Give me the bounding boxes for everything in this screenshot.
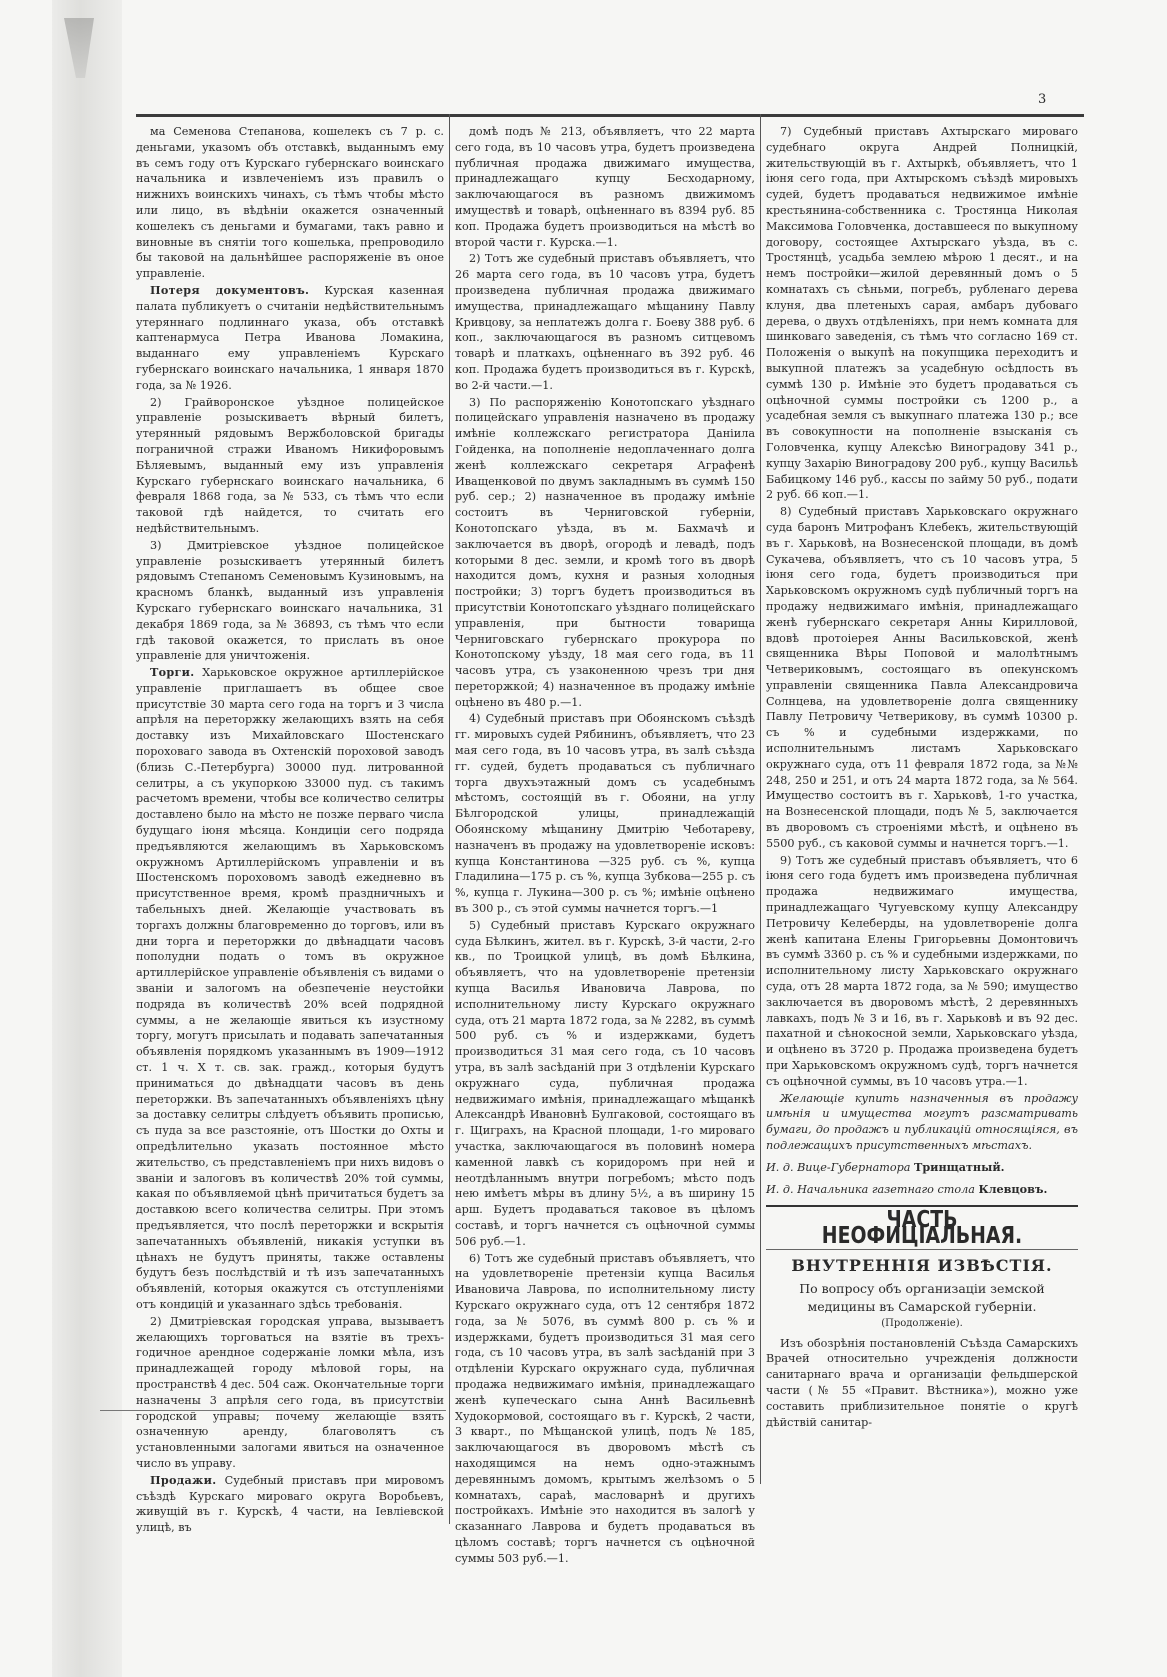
signature-title: И. д. Вице-Губернатора: [766, 1161, 910, 1174]
notice-heading: Продажи.: [150, 1473, 216, 1487]
notice-text: 2) Дмитріевская городская управа, вызыва…: [136, 1315, 444, 1470]
notice-text: 8) Судебный приставъ Харьковскаго окружн…: [766, 505, 1078, 850]
notice-paragraph: 8) Судебный приставъ Харьковскаго окружн…: [766, 504, 1078, 852]
column-divider: [449, 114, 450, 1524]
signature-desk-head: И. д. Начальника газетнаго стола Клевцов…: [766, 1182, 1078, 1198]
page-binding-shadow: [52, 0, 122, 1677]
notice-paragraph: Продажи. Судебный приставъ при мировомъ …: [136, 1473, 444, 1536]
notice-paragraph: 4) Судебный приставъ при Обоянскомъ съѣз…: [455, 711, 755, 916]
notice-paragraph: 7) Судебный приставъ Ахтырскаго мироваго…: [766, 124, 1078, 503]
purchase-notice: Желающіе купить назначенныя въ продажу и…: [766, 1091, 1078, 1154]
article-body: Изъ обозрѣнія постановленій Съѣзда Самар…: [766, 1336, 1078, 1431]
article-title: По вопросу объ организаціи земской медиц…: [766, 1280, 1078, 1316]
signature-vice-governor: И. д. Вице-Губернатора Тринщатный.: [766, 1160, 1078, 1176]
notice-paragraph: Торги. Харьковское окружное артиллерійск…: [136, 665, 444, 1313]
notice-text: 3) По распоряженію Конотопскаго уѣзднаго…: [455, 396, 755, 709]
signature-title: И. д. Начальника газетнаго стола: [766, 1183, 975, 1196]
notice-paragraph: 6) Тотъ же судебный приставъ объявляетъ,…: [455, 1251, 755, 1567]
notice-text: Курская казенная палата публикуетъ о счи…: [136, 284, 444, 392]
column-divider: [760, 114, 761, 1484]
notice-paragraph: 2) Грайворонское уѣздное полицейское упр…: [136, 395, 444, 537]
notice-text: Харьковское окружное артиллерійское упра…: [136, 666, 444, 1311]
notice-text: 2) Тотъ же судебный приставъ объявляетъ,…: [455, 252, 755, 391]
page-number: 3: [1038, 92, 1046, 107]
notice-paragraph: 3) По распоряженію Конотопскаго уѣзднаго…: [455, 395, 755, 711]
notice-paragraph: 5) Судебный приставъ Курскаго окружнаго …: [455, 918, 755, 1250]
column-3: 7) Судебный приставъ Ахтырскаго мироваго…: [766, 124, 1078, 1431]
notice-paragraph: Потеря документовъ. Курская казенная пал…: [136, 283, 444, 394]
column-1: ма Семенова Степанова, кошелекъ съ 7 р. …: [136, 124, 444, 1537]
notice-text: 9) Тотъ же судебный приставъ объявляетъ,…: [766, 854, 1078, 1088]
notice-text: 4) Судебный приставъ при Обоянскомъ съѣз…: [455, 712, 755, 915]
notice-paragraph: 2) Тотъ же судебный приставъ объявляетъ,…: [455, 251, 755, 393]
notice-paragraph: 2) Дмитріевская городская управа, вызыва…: [136, 1314, 444, 1472]
column-2: домѣ подъ № 213, объявляетъ, что 22 март…: [455, 124, 755, 1568]
notice-text: 3) Дмитріевское уѣздное полицейское упра…: [136, 539, 444, 663]
notice-text: 5) Судебный приставъ Курскаго окружнаго …: [455, 919, 755, 1248]
header-rule: [136, 114, 1084, 117]
notice-paragraph: ма Семенова Степанова, кошелекъ съ 7 р. …: [136, 124, 444, 282]
signature-name: Тринщатный.: [914, 1160, 1005, 1174]
unofficial-part-title: ЧАСТЬ НЕОФИЦІАЛЬНАЯ.: [794, 1213, 1050, 1245]
notice-paragraph: 9) Тотъ же судебный приставъ объявляетъ,…: [766, 853, 1078, 1090]
notice-text: 7) Судебный приставъ Ахтырскаго мироваго…: [766, 125, 1078, 501]
notice-text: 6) Тотъ же судебный приставъ объявляетъ,…: [455, 1252, 755, 1565]
signature-name: Клевцовъ.: [978, 1182, 1047, 1196]
domestic-news-title: ВНУТРЕННІЯ ИЗВѢСТІЯ.: [766, 1258, 1078, 1274]
continued-label: (Продолженіе).: [766, 1316, 1078, 1332]
notice-text: домѣ подъ № 213, объявляетъ, что 22 март…: [455, 125, 755, 249]
notice-paragraph: 3) Дмитріевское уѣздное полицейское упра…: [136, 538, 444, 664]
notice-text: 2) Грайворонское уѣздное полицейское упр…: [136, 396, 444, 535]
notice-heading: Потеря документовъ.: [150, 283, 309, 297]
notice-paragraph: домѣ подъ № 213, объявляетъ, что 22 март…: [455, 124, 755, 250]
notice-heading: Торги.: [150, 665, 194, 679]
notice-text: ма Семенова Степанова, кошелекъ съ 7 р. …: [136, 125, 444, 280]
